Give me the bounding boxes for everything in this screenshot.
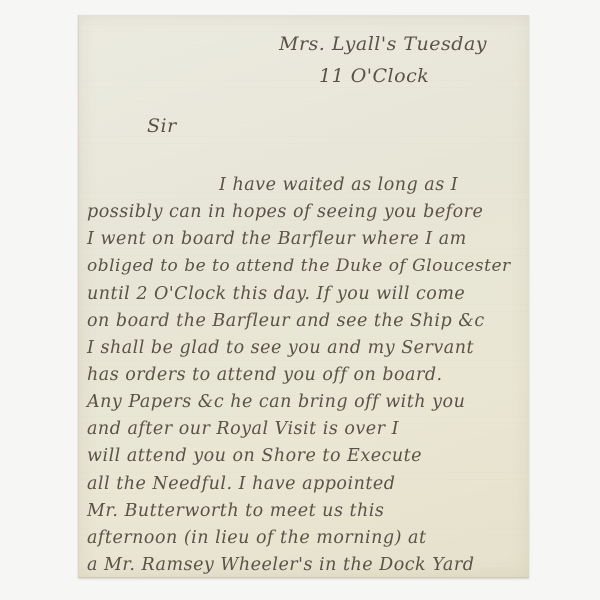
letter-body-line: until 2 O'Clock this day. If you will co…: [87, 284, 465, 304]
letter-body-line: a Mr. Ramsey Wheeler's in the Dock Yard: [87, 555, 474, 575]
letter-body-line: I shall be glad to see you and my Servan…: [87, 338, 474, 358]
letter-body-line: afternoon (in lieu of the morning) at: [87, 528, 426, 548]
letter-salutation: Sir: [147, 115, 177, 137]
letter-heading-time: 11 O'Clock: [319, 65, 429, 87]
letter-body-line: will attend you on Shore to Execute: [87, 446, 422, 466]
letter-body-line: has orders to attend you off on board.: [87, 365, 443, 385]
letter-body-line: I have waited as long as I: [219, 175, 458, 195]
letter-body-line: I went on board the Barfleur where I am: [87, 229, 467, 249]
letter-body-line: and after our Royal Visit is over I: [87, 419, 399, 439]
letter-heading-location: Mrs. Lyall's Tuesday: [279, 33, 487, 55]
letter-body-line: obliged to be to attend the Duke of Glou…: [87, 256, 511, 276]
letter-body-line: Any Papers &c he can bring off with you: [87, 392, 465, 412]
letter-body-line: possibly can in hopes of seeing you befo…: [87, 202, 483, 222]
letter-body-line: on board the Barfleur and see the Ship &…: [87, 311, 485, 331]
letter-body-line: Mr. Butterworth to meet us this: [87, 501, 384, 521]
letter-body-line: all the Needful. I have appointed: [87, 474, 395, 494]
letter-page: Mrs. Lyall's Tuesday 11 O'Clock Sir I ha…: [78, 15, 529, 578]
